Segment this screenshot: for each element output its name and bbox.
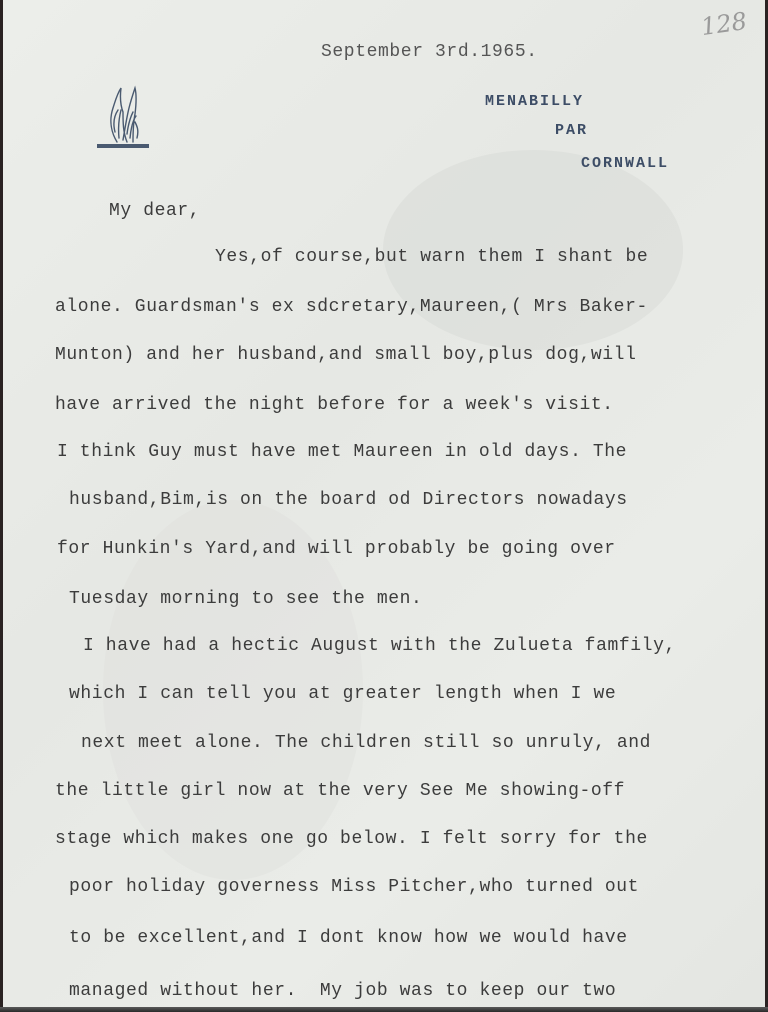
body-line: alone. Guardsman's ex sdcretary,Maureen,…: [55, 298, 648, 316]
page-bottom-edge: [0, 1007, 768, 1012]
body-line: the little girl now at the very See Me s…: [55, 782, 625, 800]
body-line: managed without her. My job was to keep …: [69, 982, 616, 1000]
body-line: for Hunkin's Yard,and will probably be g…: [57, 540, 616, 558]
body-line: Tuesday morning to see the men.: [69, 590, 422, 608]
body-line: Munton) and her husband,and small boy,pl…: [55, 346, 637, 364]
address-line-county: CORNWALL: [581, 155, 669, 172]
body-line: husband,Bim,is on the board od Directors…: [69, 491, 628, 509]
body-line: to be excellent,and I dont know how we w…: [69, 929, 628, 947]
address-line-house: MENABILLY: [485, 93, 584, 110]
letter-page: 128 September 3rd.1965. MENABILLY PAR CO…: [3, 0, 765, 1007]
body-line: stage which makes one go below. I felt s…: [55, 830, 648, 848]
body-line: which I can tell you at greater length w…: [69, 685, 616, 703]
salutation: My dear,: [109, 202, 200, 220]
body-line: I have had a hectic August with the Zulu…: [83, 637, 676, 655]
archive-number: 128: [699, 7, 748, 41]
body-line: I think Guy must have met Maureen in old…: [57, 443, 627, 461]
address-line-town: PAR: [555, 122, 588, 139]
body-line: have arrived the night before for a week…: [55, 396, 614, 414]
body-line: next meet alone. The children still so u…: [81, 734, 651, 752]
body-line: Yes,of course,but warn them I shant be: [215, 248, 648, 266]
winged-crest-icon: [93, 82, 149, 152]
body-line: poor holiday governess Miss Pitcher,who …: [69, 878, 639, 896]
letter-date: September 3rd.1965.: [321, 43, 538, 61]
